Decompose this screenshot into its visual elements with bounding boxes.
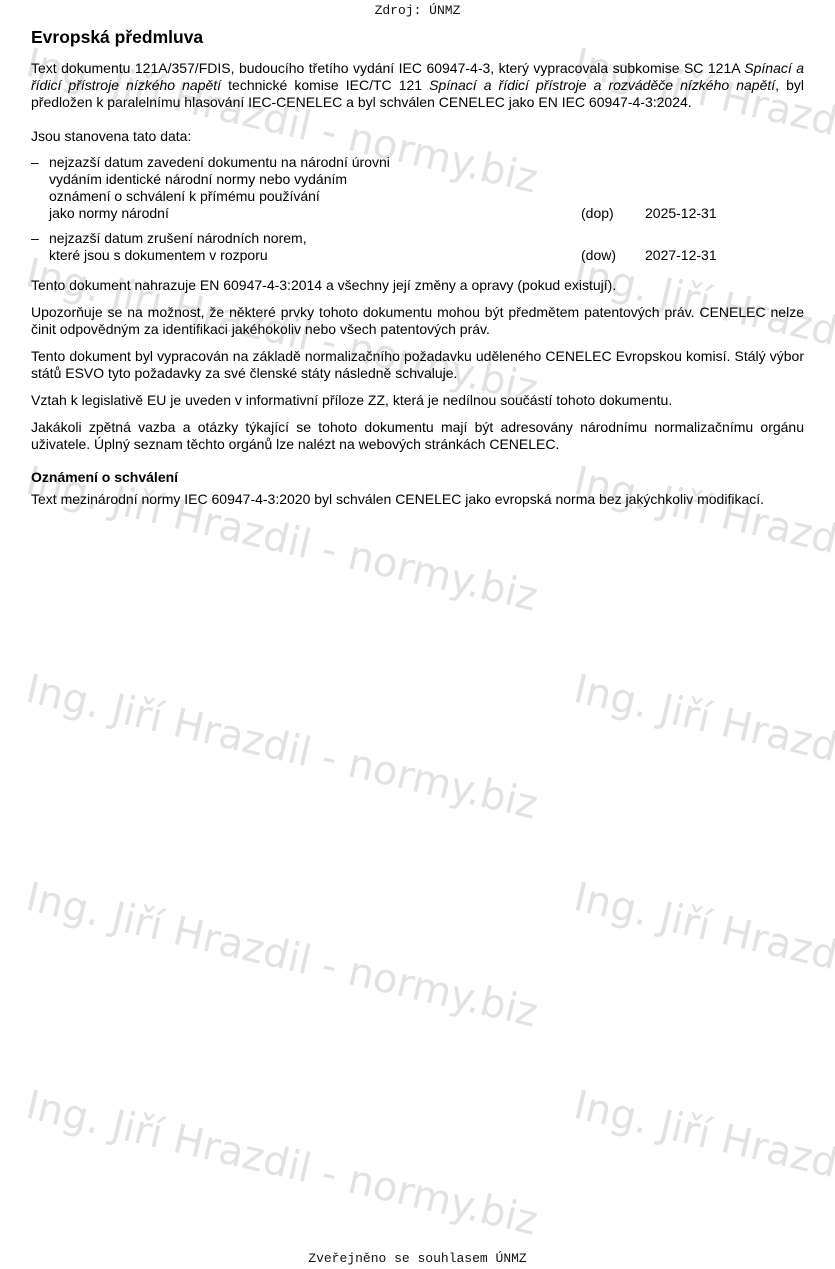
committee-title: Spínací a řídicí přístroje a rozváděče n… — [429, 77, 775, 93]
date-description: nejzazší datum zavedení dokumentu na nár… — [49, 154, 581, 222]
date-abbreviation: (dop) — [581, 205, 645, 222]
watermark: Ing. Jiří Hrazdil - normy.biz — [570, 874, 835, 1037]
watermark: Ing. Jiří Hrazdil - normy.biz — [570, 666, 835, 829]
page-title: Evropská předmluva — [31, 26, 804, 48]
intro-text: Text dokumentu 121A/357/FDIS, budoucího … — [31, 60, 744, 76]
dates-label: Jsou stanovena tato data: — [31, 128, 804, 145]
replacement-paragraph: Tento dokument nahrazuje EN 60947-4-3:20… — [31, 277, 804, 294]
date-item-dop: – nejzazší datum zavedení dokumentu na n… — [31, 154, 804, 222]
approval-paragraph: Text mezinárodní normy IEC 60947-4-3:202… — [31, 491, 804, 508]
watermark: Ing. Jiří Hrazdil - normy.biz — [570, 1082, 835, 1245]
dash-bullet: – — [31, 154, 49, 222]
footer-notice: Zveřejněno se souhlasem ÚNMZ — [0, 1251, 835, 1266]
description-line: oznámení o schválení k přímému používání — [49, 188, 581, 205]
watermark: Ing. Jiří Hrazdil - normy.biz — [22, 666, 542, 829]
approval-heading: Oznámení o schválení — [31, 469, 804, 486]
date-value: 2027-12-31 — [645, 247, 717, 264]
legislation-paragraph: Vztah k legislativě EU je uveden v infor… — [31, 392, 804, 409]
dash-bullet: – — [31, 230, 49, 264]
date-description: nejzazší datum zrušení národních norem, … — [49, 230, 581, 264]
document-body: Evropská předmluva Text dokumentu 121A/3… — [31, 26, 804, 518]
feedback-paragraph: Jakákoli zpětná vazba a otázky týkající … — [31, 419, 804, 453]
source-header: Zdroj: ÚNMZ — [0, 3, 835, 18]
mandate-paragraph: Tento dokument byl vypracován na základě… — [31, 348, 804, 382]
date-list: – nejzazší datum zavedení dokumentu na n… — [31, 154, 804, 264]
date-item-dow: – nejzazší datum zrušení národních norem… — [31, 230, 804, 264]
date-abbreviation: (dow) — [581, 247, 645, 264]
date-value: 2025-12-31 — [645, 205, 717, 222]
intro-text: technické komise IEC/TC 121 — [221, 77, 429, 93]
watermark: Ing. Jiří Hrazdil - normy.biz — [22, 1082, 542, 1245]
description-line: vydáním identické národní normy nebo vyd… — [49, 171, 581, 188]
description-line: nejzazší datum zavedení dokumentu na nár… — [49, 154, 581, 171]
description-line: jako normy národní — [49, 205, 581, 222]
description-line: nejzazší datum zrušení národních norem, — [49, 230, 581, 247]
intro-paragraph: Text dokumentu 121A/357/FDIS, budoucího … — [31, 60, 804, 111]
watermark: Ing. Jiří Hrazdil - normy.biz — [22, 874, 542, 1037]
patent-paragraph: Upozorňuje se na možnost, že některé prv… — [31, 304, 804, 338]
description-line: které jsou s dokumentem v rozporu — [49, 247, 581, 264]
